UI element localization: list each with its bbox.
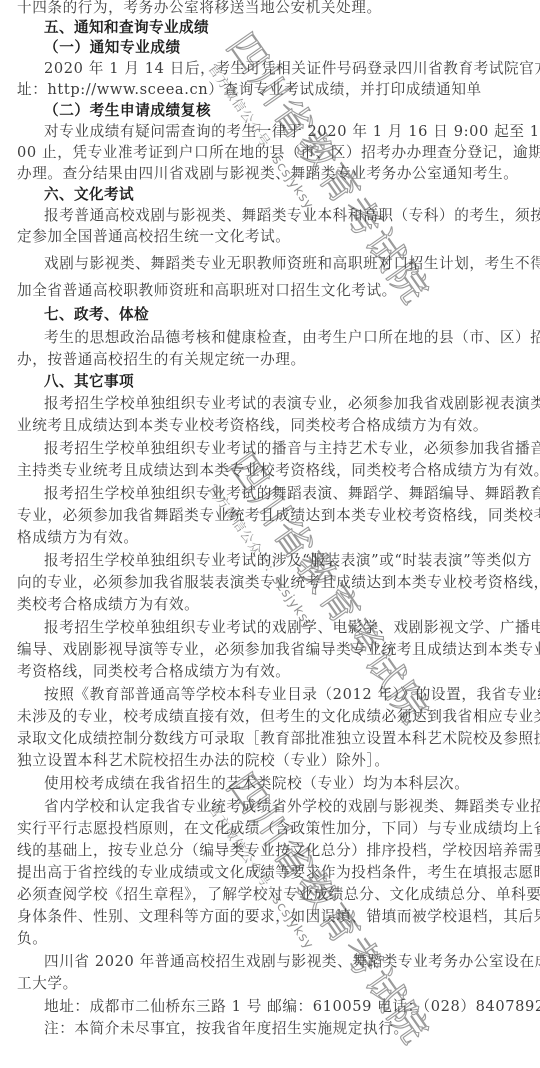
section-heading: 七、政考、体检 — [44, 305, 540, 325]
paragraph-line: 戏剧与影视类、舞蹈类专业无职教师资班和高职班对口招生计划，考生不得参 — [44, 254, 526, 274]
paragraph-line: 报考招生学校单独组织专业考试的播音与主持艺术专业，必须参加我省播音与 — [44, 439, 526, 459]
paragraph-line: 十四条的行为，考务办公室将移送当地公安机关处理。 — [17, 0, 526, 18]
paragraph-line: 业统考且成绩达到本类专业校考资格线，同类校考合格成绩方为有效。 — [17, 416, 526, 436]
paragraph-line: 考资格线，同类校考合格成绩方为有效。 — [17, 662, 526, 682]
section-heading: 六、文化考试 — [44, 185, 540, 205]
paragraph-line: 对专业成绩有疑问需查询的考生一律于 2020 年 1 月 16 日 9:00 起… — [44, 122, 526, 142]
paragraph-line: 负。 — [17, 929, 526, 949]
paragraph-line: 专业，必须参加我省舞蹈类专业统考且成绩达到本类专业校考资格线，同类校考合 — [17, 506, 526, 526]
paragraph-line: 考生的思想政治品德考核和健康检查，由考生户口所在地的县（市、区）招考 — [44, 328, 526, 348]
paragraph-line: 格成绩方为有效。 — [17, 528, 526, 548]
paragraph-line: 报考普通高校戏剧与影视类、舞蹈类专业本科和高职（专科）的考生，须按规 — [44, 206, 526, 226]
paragraph-line: 00 止，凭专业准考证到户口所在地的县（市、区）招考办办理查分登记，逾期不再 — [17, 143, 526, 163]
paragraph-line: 编导、戏剧影视导演等专业，必须参加我省编导类专业统考且成绩达到本类专业校 — [17, 640, 526, 660]
paragraph-line: 地址：成都市二仙桥东三路 1 号 邮编：610059 电话：（028）84078… — [44, 997, 526, 1017]
paragraph-line: 向的专业，必须参加我省服装表演类专业统考且成绩达到本类专业校考资格线，同 — [17, 573, 526, 593]
paragraph-line: 址：http://www.sceea.cn）查询专业考试成绩，并打印成绩通知单 — [17, 80, 526, 100]
paragraph-line: 2020 年 1 月 14 日后，考生可凭相关证件号码登录四川省教育考试院官方网… — [44, 59, 526, 79]
paragraph-line: 身体条件、性别、文理科等方面的要求，如因误填、错填而被学校退档，其后果自 — [17, 907, 526, 927]
paragraph-line: 使用校考成绩在我省招生的艺术类院校（专业）均为本科层次。 — [44, 774, 526, 794]
subsection-heading: （二）考生申请成绩复核 — [44, 101, 540, 121]
paragraph-line: 类校考合格成绩方为有效。 — [17, 595, 526, 615]
section-heading: 八、其它事项 — [44, 372, 540, 392]
paragraph-line: 线的基础上，按专业总分（编导类专业按文化总分）排序投档，学校因培养需要可 — [17, 841, 526, 861]
paragraph-line: 未涉及的专业，校考成绩直接有效，但考生的文化成绩必须达到我省相应专业类别 — [17, 707, 526, 727]
section-heading: 五、通知和查询专业成绩 — [44, 18, 540, 38]
subsection-heading: （一）通知专业成绩 — [44, 38, 540, 58]
paragraph-line: 报考招生学校单独组织专业考试的戏剧学、电影学、戏剧影视文学、广播电视 — [44, 618, 526, 638]
paragraph-line: 提出高于省控线的专业成绩或文化成绩等要求作为投档条件，考生在填报志愿时， — [17, 863, 526, 883]
paragraph-line: 必须查阅学校《招生章程》，了解学校对专业成绩总分、文化成绩总分、单科要求、 — [17, 885, 526, 905]
paragraph-line: 定参加全国普通高校招生统一文化考试。 — [17, 227, 526, 247]
paragraph-line: 办，按普通高校招生的有关规定统一办理。 — [17, 350, 526, 370]
paragraph-line: 办理。查分结果由四川省戏剧与影视类、舞蹈类专业考务办公室通知考生。 — [17, 164, 526, 184]
paragraph-line: 独立设置本科艺术院校招生办法的院校（专业）除外］。 — [17, 751, 526, 771]
paragraph-line: 报考招生学校单独组织专业考试的表演专业，必须参加我省戏剧影视表演类专 — [44, 394, 526, 414]
paragraph-line: 工大学。 — [17, 974, 526, 994]
paragraph-line: 实行平行志愿投档原则，在文化成绩（含政策性加分，下同）与专业成绩均上省控 — [17, 819, 526, 839]
paragraph-line: 省内学校和认定我省专业统考成绩省外学校的戏剧与影视类、舞蹈类专业招生 — [44, 797, 526, 817]
paragraph-line: 报考招生学校单独组织专业考试的舞蹈表演、舞蹈学、舞蹈编导、舞蹈教育等 — [44, 484, 526, 504]
paragraph-line: 录取文化成绩控制分数线方可录取［教育部批准独立设置本科艺术院校及参照执行 — [17, 729, 526, 749]
paragraph-line: 注：本简介未尽事宜，按我省年度招生实施规定执行。 — [44, 1019, 526, 1039]
paragraph-line: 主持类专业统考且成绩达到本类专业校考资格线，同类校考合格成绩方为有效。 — [17, 461, 526, 481]
paragraph-line: 按照《教育部普通高等学校本科专业目录（2012 年）》的设置，我省专业统考尚 — [44, 685, 526, 705]
paragraph-line: 四川省 2020 年普通高校招生戏剧与影视类、舞蹈类专业考务办公室设在成都理 — [44, 952, 526, 972]
document-page: 十四条的行为，考务办公室将移送当地公安机关处理。五、通知和查询专业成绩（一）通知… — [0, 0, 540, 1068]
paragraph-line: 报考招生学校单独组织专业考试的涉及“服装表演”或“时装表演”等类似方 — [44, 551, 526, 571]
paragraph-line: 加全省普通高校职教师资班和高职班对口招生文化考试。 — [17, 281, 526, 301]
